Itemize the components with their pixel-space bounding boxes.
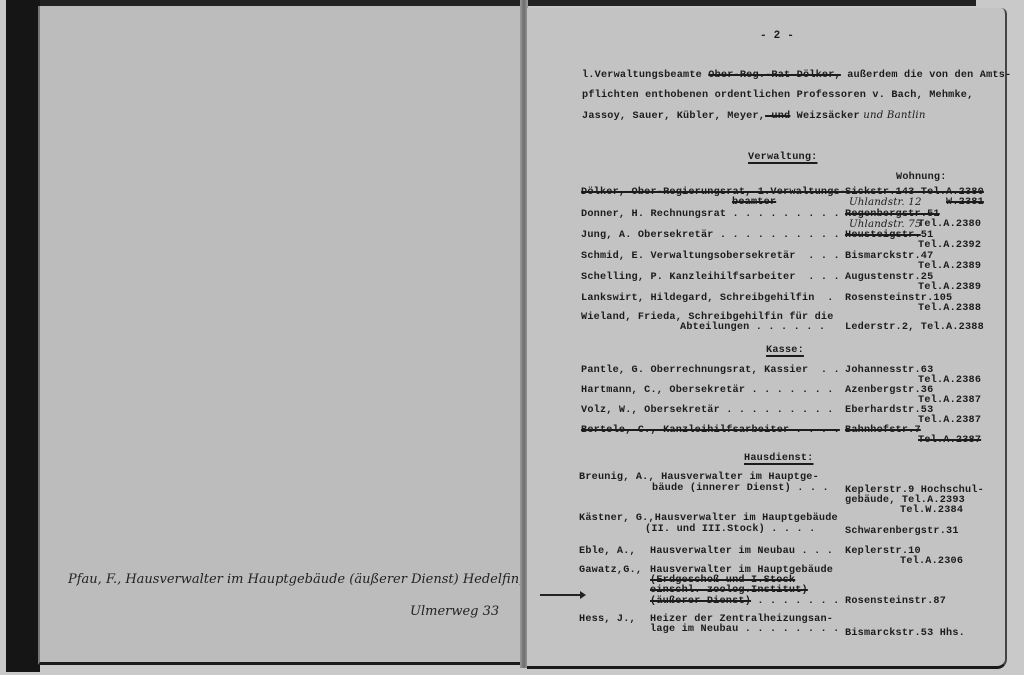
intro-line-2: pflichten enthobenen ordentlichen Profes… xyxy=(582,90,973,101)
entry-hess: Hess, J., xyxy=(579,614,636,625)
entry-donner-hand: Uhlandstr. 75 xyxy=(849,219,922,230)
entry-volz: Volz, W., Obersekretär . . . . . . . . . xyxy=(581,405,834,416)
entry-jung: Jung, A. Obersekretär . . . . . . . . . … xyxy=(581,230,840,241)
entry-eble-tel: Tel.A.2306 xyxy=(900,556,963,567)
entry-schelling: Schelling, P. Kanzleihilfsarbeiter . . . xyxy=(581,272,840,283)
left-page xyxy=(38,6,524,665)
entry-bertele-tel: Tel.A.2387 xyxy=(918,435,981,446)
book-binding xyxy=(6,0,40,672)
handwritten-note-line1: Pfau, F., Hausverwalter im Hauptgebäude … xyxy=(68,572,543,587)
entry-eble-role: Hausverwalter im Neubau . . . xyxy=(650,546,833,557)
entry-schmid-tel: Tel.A.2389 xyxy=(918,261,981,272)
entry-breunig: Breunig, A., Hausverwalter im Hauptge- xyxy=(579,472,819,483)
entry-hartmann: Hartmann, C., Obersekretär . . . . . . . xyxy=(581,385,834,396)
struck-entry-name: Dölker, Ober-Regierungsrat, 1.Verwaltung… xyxy=(581,187,846,198)
entry-volz-tel: Tel.A.2387 xyxy=(918,415,981,426)
entry-donner-tel: Tel.A.2380 xyxy=(918,219,981,230)
entry-bertele-struck: Bertele, C., Kanzleihilfsarbeiter . . . … xyxy=(581,425,840,436)
entry-pantle: Pantle, G. Oberrechnungsrat, Kassier . . xyxy=(581,365,840,376)
entry-wieland-line2: Abteilungen . . . . . . xyxy=(680,322,825,333)
entry-eble: Eble, A., xyxy=(579,546,636,557)
wohnung-header: Wohnung: xyxy=(896,172,947,183)
entry-gawatz-line4: (äußerer Dienst) . . . . . . . xyxy=(650,596,839,607)
entry-schelling-tel: Tel.A.2389 xyxy=(918,282,981,293)
intro-line-3: Jassoy, Sauer, Kübler, Meyer, und Weizsä… xyxy=(582,110,926,122)
handwritten-addr: Uhlandstr. 12 xyxy=(849,197,922,208)
entry-lankswirt-tel: Tel.A.2388 xyxy=(918,303,981,314)
entry-breunig-tel: Tel.W.2384 xyxy=(900,505,963,516)
entry-gawatz-addr: Rosensteinstr.87 xyxy=(845,596,946,607)
entry-hess-addr: Bismarckstr.53 Hhs. xyxy=(845,628,965,639)
entry-kaestner: Kästner, G.,Hausverwalter im Hauptgebäud… xyxy=(579,513,838,524)
insertion-arrow-icon xyxy=(540,594,582,596)
handwritten-note-line2: Ulmerweg 33 xyxy=(410,604,499,619)
entry-bertele-addr: Bahnhofstr.7 xyxy=(845,425,921,436)
entry-kaestner-line2: (II. und III.Stock) . . . . xyxy=(645,524,815,535)
entry-wieland-addr: Lederstr.2, Tel.A.2388 xyxy=(845,322,984,333)
section-header-verwaltung: Verwaltung: xyxy=(748,152,817,163)
struck-entry-addr2: W.2381 xyxy=(946,197,984,208)
entry-jung-tel: Tel.A.2392 xyxy=(918,240,981,251)
section-header-kasse: Kasse: xyxy=(766,345,804,356)
entry-gawatz-struck2: einschl. zoolog.Institut) xyxy=(650,585,808,596)
page-number: - 2 - xyxy=(760,30,794,42)
entry-kaestner-addr: Schwarenbergstr.31 xyxy=(845,526,959,537)
entry-gawatz: Gawatz,G., xyxy=(579,565,642,576)
entry-schmid: Schmid, E. Verwaltungsobersekretär . . . xyxy=(581,251,840,262)
entry-lankswirt: Lankswirt, Hildegard, Schreibgehilfin . xyxy=(581,293,834,304)
entry-breunig-line2: bäude (innerer Dienst) . . . xyxy=(652,483,829,494)
entry-hess-role2: lage im Neubau . . . . . . . . xyxy=(650,624,839,635)
section-header-hausdienst: Hausdienst: xyxy=(744,453,813,464)
struck-entry-name2: beamter xyxy=(732,197,776,208)
entry-donner: Donner, H. Rechnungsrat . . . . . . . . … xyxy=(581,209,840,220)
intro-line-1: l.Verwaltungsbeamte Ober-Reg.-Rat Dölker… xyxy=(582,70,1011,81)
